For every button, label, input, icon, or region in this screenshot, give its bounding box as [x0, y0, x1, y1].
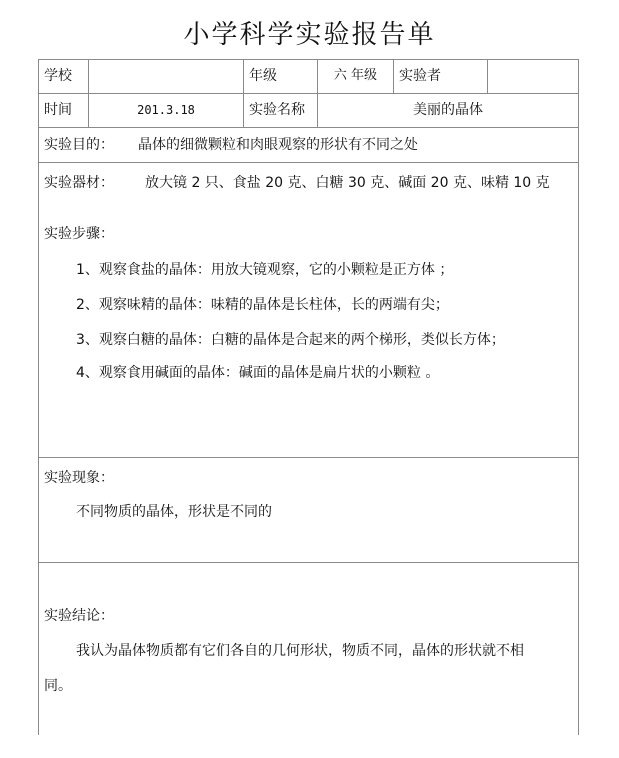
conclusion-line-2: 同。 [44, 675, 72, 695]
materials-label: 实验器材： [44, 172, 114, 192]
column-divider [393, 59, 394, 93]
step-item: 3、观察白糖的晶体：白糖的晶体是合起来的两个梯形，类似长方体； [76, 329, 505, 349]
row-divider [38, 562, 579, 563]
experimenter-value[interactable] [488, 59, 578, 93]
column-divider [243, 59, 244, 127]
table-border-right [578, 59, 579, 735]
row-divider [38, 457, 579, 458]
time-value[interactable]: 201.3.18 [89, 93, 243, 127]
experimenter-label: 实验者 [399, 59, 441, 93]
step-item: 4、观察食用碱面的晶体：碱面的晶体是扁片状的小颗粒 。 [76, 362, 439, 382]
page-title: 小学科学实验报告单 [0, 14, 619, 51]
phenomenon-value: 不同物质的晶体，形状是不同的 [76, 501, 272, 521]
table-border-left [38, 59, 39, 735]
school-value[interactable] [89, 59, 243, 93]
grade-value[interactable]: 六 年级 [318, 59, 393, 93]
steps-label: 实验步骤： [44, 223, 114, 243]
step-item: 2、观察味精的晶体：味精的晶体是长柱体，长的两端有尖； [76, 294, 449, 314]
conclusion-line-1: 我认为晶体物质都有它们各自的几何形状，物质不同，晶体的形状就不相 [76, 640, 524, 660]
experiment-name-label: 实验名称 [249, 93, 305, 127]
phenomenon-label: 实验现象： [44, 467, 114, 487]
purpose-label: 实验目的： [44, 128, 114, 162]
time-label: 时间 [44, 93, 72, 127]
experiment-name-value[interactable]: 美丽的晶体 [318, 93, 578, 127]
school-label: 学校 [44, 59, 72, 93]
step-item: 1、观察食盐的晶体：用放大镜观察，它的小颗粒是正方体 ； [76, 259, 453, 279]
materials-value: 放大镜 2 只、食盐 20 克、白糖 30 克、碱面 20 克、味精 10 克 [145, 172, 550, 192]
conclusion-label: 实验结论： [44, 605, 114, 625]
grade-label: 年级 [249, 59, 277, 93]
purpose-value: 晶体的细微颗粒和肉眼观察的形状有不同之处 [138, 128, 418, 162]
row-divider [38, 162, 579, 163]
